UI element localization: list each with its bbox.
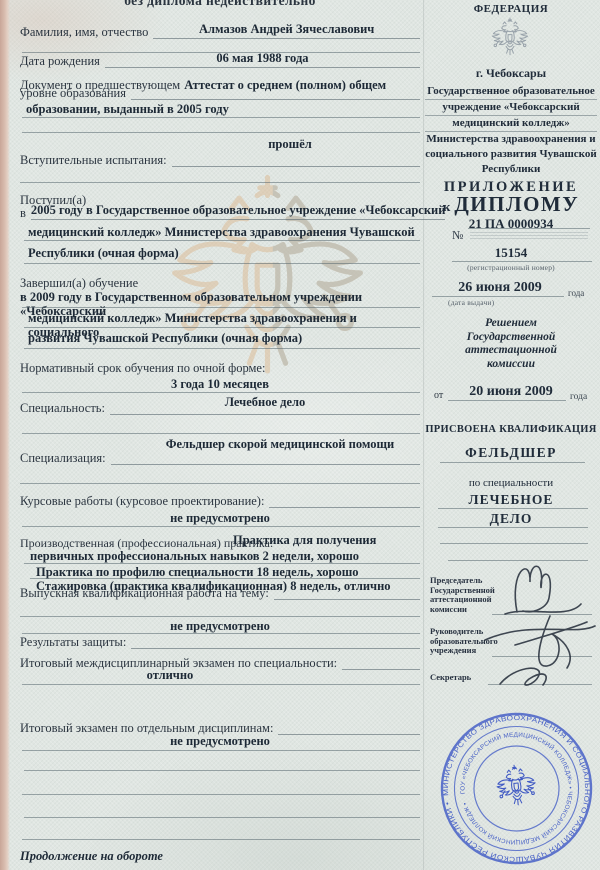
stamp-eagle-icon xyxy=(495,763,537,807)
ruled-line xyxy=(24,770,420,771)
ruled-line xyxy=(24,263,420,264)
registration-number: 15154 xyxy=(425,245,597,261)
official-stamp: МИНИСТЕРСТВО ЗДРАВООХРАНЕНИЯ И СОЦИАЛЬНО… xyxy=(438,710,595,867)
coursework-value: не предусмотрено xyxy=(20,511,420,525)
ruled-line xyxy=(22,794,420,795)
decision-year-suffix: года xyxy=(570,392,587,402)
ruled-line xyxy=(438,508,588,509)
previous-education-value-2: образовании, выданный в 2005 году xyxy=(26,102,426,116)
field-entrance-exams: Вступительные испытания: xyxy=(20,153,420,167)
ruled-line xyxy=(24,563,420,564)
institution-name-block: Государственное образовательное учрежден… xyxy=(425,84,597,177)
ruled-line xyxy=(22,117,420,118)
decision-line: Государственной xyxy=(425,331,597,345)
specialty-title-line2: ДЕЛО xyxy=(425,511,597,527)
field-coursework: Курсовые работы (курсовое проектирование… xyxy=(20,494,420,508)
ruled-line xyxy=(448,400,566,401)
ruled-line xyxy=(440,462,585,463)
decision-line: Решением xyxy=(425,317,597,331)
field-birth-date: Дата рождения 06 мая 1988 года xyxy=(20,53,420,68)
admitted-row-1: в 2005 году в Государственное образовате… xyxy=(20,205,420,220)
ruled-line xyxy=(468,228,590,229)
duration-value: 3 года 10 месяцев xyxy=(20,377,420,391)
ruled-line xyxy=(20,483,420,484)
ruled-line xyxy=(20,616,420,617)
diploma-supplement-page: без диплома недействительно Фамилия, имя… xyxy=(0,0,600,870)
field-specialty: Специальность: Лечебное дело xyxy=(20,400,420,415)
decision-line: аттестационной xyxy=(425,344,597,358)
handwritten-signatures xyxy=(455,548,600,698)
coursework-label: Курсовые работы (курсовое проектирование… xyxy=(20,494,269,508)
specialty-value: Лечебное дело xyxy=(225,395,306,409)
by-specialty-label: по специальности xyxy=(425,477,597,489)
ruled-line xyxy=(22,132,420,133)
full-name-value: Алмазов Андрей Зячеславович xyxy=(199,22,374,36)
ruled-line xyxy=(24,348,420,349)
duration-label: Нормативный срок обучения по очной форме… xyxy=(20,361,420,375)
subject-exam-value: не предусмотрено xyxy=(20,734,420,748)
institution-line: медицинский колледж» xyxy=(425,116,597,132)
completed-value-3: развития Чувашской Республики (очная фор… xyxy=(28,331,428,345)
ruled-line xyxy=(432,296,564,297)
full-name-label: Фамилия, имя, отчество xyxy=(20,25,153,39)
decision-line: комиссии xyxy=(425,358,597,372)
entrance-exams-value: прошёл xyxy=(230,137,350,151)
admitted-value-1: 2005 году в Государственное образователь… xyxy=(31,203,446,217)
practice-value-3: Практика по профилю специальности 18 нед… xyxy=(36,565,436,579)
ruled-line xyxy=(22,392,420,393)
issue-date-value: 26 июня 2009 xyxy=(430,280,570,296)
field-thesis: Выпускная квалификационная работа на тем… xyxy=(20,586,420,600)
issue-date-caption: (дата выдачи) xyxy=(448,298,494,307)
ruled-line xyxy=(438,527,588,528)
supplement-prefix: к xyxy=(443,199,451,214)
city-label: г. Чебоксары xyxy=(425,66,597,81)
secretary-signature-icon xyxy=(500,668,546,685)
admitted-prefix: в xyxy=(20,206,31,220)
institution-line: Государственное образовательное xyxy=(425,84,597,100)
field-defense-results: Результаты защиты: xyxy=(20,635,420,649)
practice-value-2: первичных профессиональных навыков 2 нед… xyxy=(30,549,430,563)
birth-date-value: 06 мая 1988 года xyxy=(216,51,308,65)
ruled-line xyxy=(24,817,420,818)
ruled-line xyxy=(452,261,592,262)
entrance-exams-label: Вступительные испытания: xyxy=(20,153,172,167)
institution-line: Министерства здравоохранения и xyxy=(425,132,597,147)
coat-of-arms-icon xyxy=(482,15,538,64)
ruled-line xyxy=(22,750,420,751)
ruled-line xyxy=(22,633,420,634)
thesis-label: Выпускная квалификационная работа на тем… xyxy=(20,586,274,600)
ruled-line xyxy=(22,526,420,527)
institution-line: Республики xyxy=(425,162,597,177)
birth-date-label: Дата рождения xyxy=(20,54,105,68)
ruled-line xyxy=(22,684,420,685)
institution-line: социального развития Чувашской xyxy=(425,147,597,162)
specialty-label: Специальность: xyxy=(20,401,110,415)
continuation-note: Продолжение на обороте xyxy=(20,849,420,863)
federation-header: ФЕДЕРАЦИЯ xyxy=(425,3,597,15)
ruled-line xyxy=(24,240,420,241)
top-validity-note: без диплома недействительно xyxy=(20,0,420,8)
registration-caption: (регистрационный номер) xyxy=(425,263,597,272)
subject-exam-label: Итоговый экзамен по отдельным дисциплина… xyxy=(20,721,278,735)
ruled-line xyxy=(440,543,588,544)
final-exam-value: отлично xyxy=(90,668,250,682)
chairman-signature-icon xyxy=(515,566,550,612)
qualification-value: ФЕЛЬДШЕР xyxy=(425,445,597,461)
commission-decision-block: Решением Государственной аттестационной … xyxy=(425,317,597,371)
ruled-line xyxy=(22,433,420,434)
defense-results-label: Результаты защиты: xyxy=(20,635,131,649)
supplement-title-line2: к ДИПЛОМУ xyxy=(425,192,597,219)
admitted-value-2: медицинский колледж» Министерства здраво… xyxy=(28,225,428,239)
previous-education-label-row2: уровне образования xyxy=(20,86,420,100)
ruled-line xyxy=(24,327,420,328)
field-full-name: Фамилия, имя, отчество Алмазов Андрей Зя… xyxy=(20,24,420,39)
practice-value-1: Практика для получения xyxy=(233,533,423,547)
field-subject-exam: Итоговый экзамен по отдельным дисциплина… xyxy=(20,721,420,735)
previous-education-label-2: уровне образования xyxy=(20,86,131,100)
specialization-label: Специализация: xyxy=(20,451,111,465)
qualification-header: ПРИСВОЕНА КВАЛИФИКАЦИЯ xyxy=(425,424,597,435)
issue-year-suffix: года xyxy=(568,288,584,298)
ruled-line xyxy=(22,307,420,308)
specialization-value: Фельдшер скорой медицинской помощи xyxy=(140,437,420,451)
admitted-value-3: Республики (очная форма) xyxy=(28,246,428,260)
number-shaded-strip xyxy=(470,230,588,239)
defense-value: не предусмотрено xyxy=(20,619,420,633)
institution-line: учреждение «Чебоксарский xyxy=(425,100,597,116)
ruled-line xyxy=(20,182,420,183)
ruled-line xyxy=(22,839,420,840)
scan-edge-strip xyxy=(0,0,10,870)
supplement-word-diploma: ДИПЛОМУ xyxy=(454,192,579,216)
specialty-title-line1: ЛЕЧЕБНОЕ xyxy=(425,492,597,508)
completed-label: Завершил(а) обучение xyxy=(20,276,420,290)
number-sign: № xyxy=(452,228,463,243)
field-specialization: Специализация: xyxy=(20,451,420,465)
